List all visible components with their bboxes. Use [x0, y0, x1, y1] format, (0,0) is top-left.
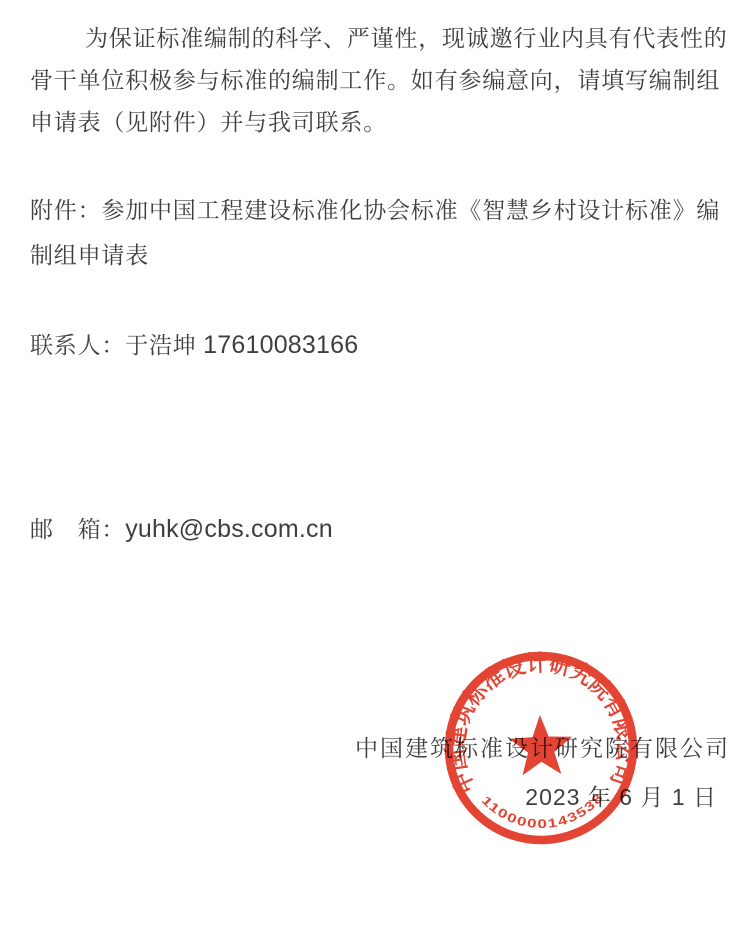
- company-name: 中国建筑标准设计研究院有限公司: [355, 736, 730, 762]
- body-paragraph-line-1: 为保证标准编制的科学、严谨性，现诚邀行业内具有代表性的: [85, 26, 728, 52]
- contact-label: 联系人：于浩坤: [30, 333, 197, 358]
- seal-arc-text: 中国建筑标准设计研究院有限公司: [440, 648, 640, 798]
- contact-phone: 17610083166: [203, 331, 358, 359]
- body-paragraph-line-3: 申请表（见附件）并与我司联系。: [30, 110, 387, 136]
- letter-page: 为保证标准编制的科学、严谨性，现诚邀行业内具有代表性的 骨干单位积极参与标准的编…: [0, 0, 750, 935]
- svg-text:中国建筑标准设计研究院有限公司: 中国建筑标准设计研究院有限公司: [440, 648, 640, 798]
- attachment-line-2: 制组申请表: [30, 243, 149, 269]
- email-label: 邮 箱：: [30, 517, 125, 542]
- issue-date: 2023 年 6 月 1 日: [525, 785, 717, 811]
- email-line: 邮 箱：yuhk@cbs.com.cn: [30, 515, 333, 543]
- email-address: yuhk@cbs.com.cn: [125, 515, 333, 543]
- body-paragraph-line-2: 骨干单位积极参与标准的编制工作。如有参编意向，请填写编制组: [30, 68, 720, 94]
- attachment-line-1: 附件：参加中国工程建设标准化协会标准《智慧乡村设计标准》编: [30, 198, 720, 224]
- contact-line: 联系人：于浩坤 17610083166: [30, 331, 358, 359]
